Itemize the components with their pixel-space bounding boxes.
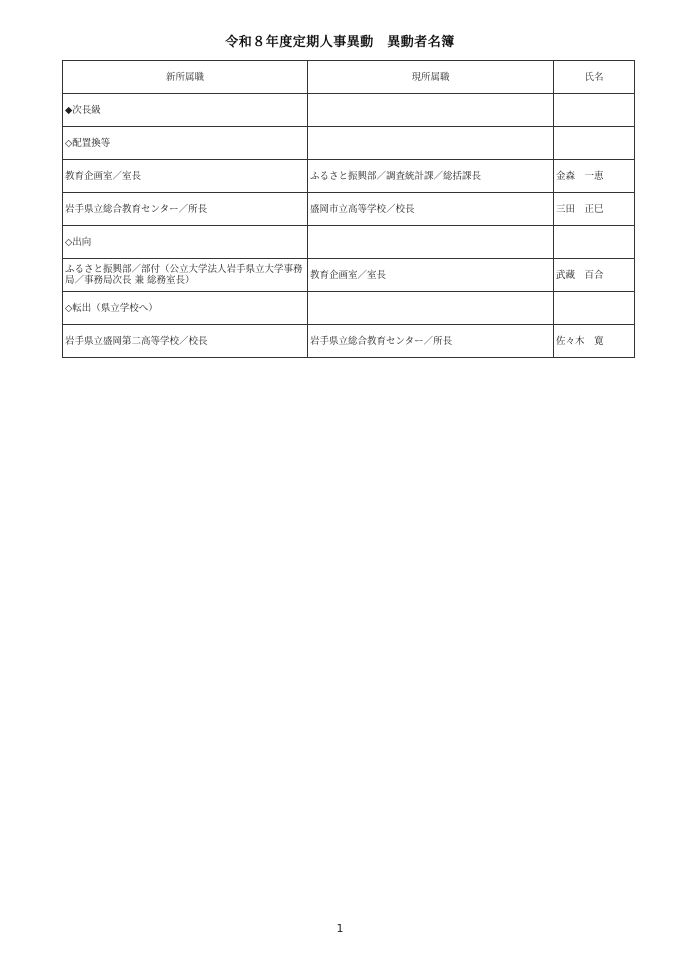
cell-name	[554, 226, 635, 259]
cell-current-position: 岩手県立総合教育センター／所長	[308, 325, 554, 358]
cell-new-position: ◇出向	[63, 226, 308, 259]
cell-new-position: ふるさと振興部／部付（公立大学法人岩手県立大学事務局／事務局次長 兼 総務室長）	[63, 259, 308, 292]
cell-new-position: ◆次長級	[63, 94, 308, 127]
header-current-position: 現所属職	[308, 61, 554, 94]
page-number: 1	[0, 922, 680, 935]
cell-new-position: 教育企画室／室長	[63, 160, 308, 193]
table-row: ふるさと振興部／部付（公立大学法人岩手県立大学事務局／事務局次長 兼 総務室長）…	[63, 259, 635, 292]
cell-current-position: 盛岡市立高等学校／校長	[308, 193, 554, 226]
header-name: 氏名	[554, 61, 635, 94]
cell-name: 三田 正巳	[554, 193, 635, 226]
section-row-transfer-out: ◇転出（県立学校へ）	[63, 292, 635, 325]
section-row-secondment: ◇出向	[63, 226, 635, 259]
cell-new-position: ◇転出（県立学校へ）	[63, 292, 308, 325]
page-title: 令和８年度定期人事異動 異動者名簿	[0, 31, 680, 50]
cell-name: 武藏 百合	[554, 259, 635, 292]
cell-new-position: ◇配置換等	[63, 127, 308, 160]
table-row: 岩手県立総合教育センター／所長 盛岡市立高等学校／校長 三田 正巳	[63, 193, 635, 226]
section-row-reassignment: ◇配置換等	[63, 127, 635, 160]
cell-current-position: 教育企画室／室長	[308, 259, 554, 292]
table-header-row: 新所属職 現所属職 氏名	[63, 61, 635, 94]
cell-current-position: ふるさと振興部／調査統計課／総括課長	[308, 160, 554, 193]
cell-new-position: 岩手県立盛岡第二高等学校／校長	[63, 325, 308, 358]
cell-name	[554, 94, 635, 127]
section-row-deputy-director-level: ◆次長級	[63, 94, 635, 127]
header-new-position: 新所属職	[63, 61, 308, 94]
cell-current-position	[308, 226, 554, 259]
cell-name	[554, 127, 635, 160]
cell-current-position	[308, 94, 554, 127]
cell-name	[554, 292, 635, 325]
table-row: 教育企画室／室長 ふるさと振興部／調査統計課／総括課長 金森 一恵	[63, 160, 635, 193]
cell-name: 金森 一恵	[554, 160, 635, 193]
cell-current-position	[308, 127, 554, 160]
table-row: 岩手県立盛岡第二高等学校／校長 岩手県立総合教育センター／所長 佐々木 寛	[63, 325, 635, 358]
cell-new-position: 岩手県立総合教育センター／所長	[63, 193, 308, 226]
cell-current-position	[308, 292, 554, 325]
cell-name: 佐々木 寛	[554, 325, 635, 358]
personnel-transfer-table: 新所属職 現所属職 氏名 ◆次長級 ◇配置換等 教育企画室／室長 ふるさと振興部…	[62, 60, 635, 358]
